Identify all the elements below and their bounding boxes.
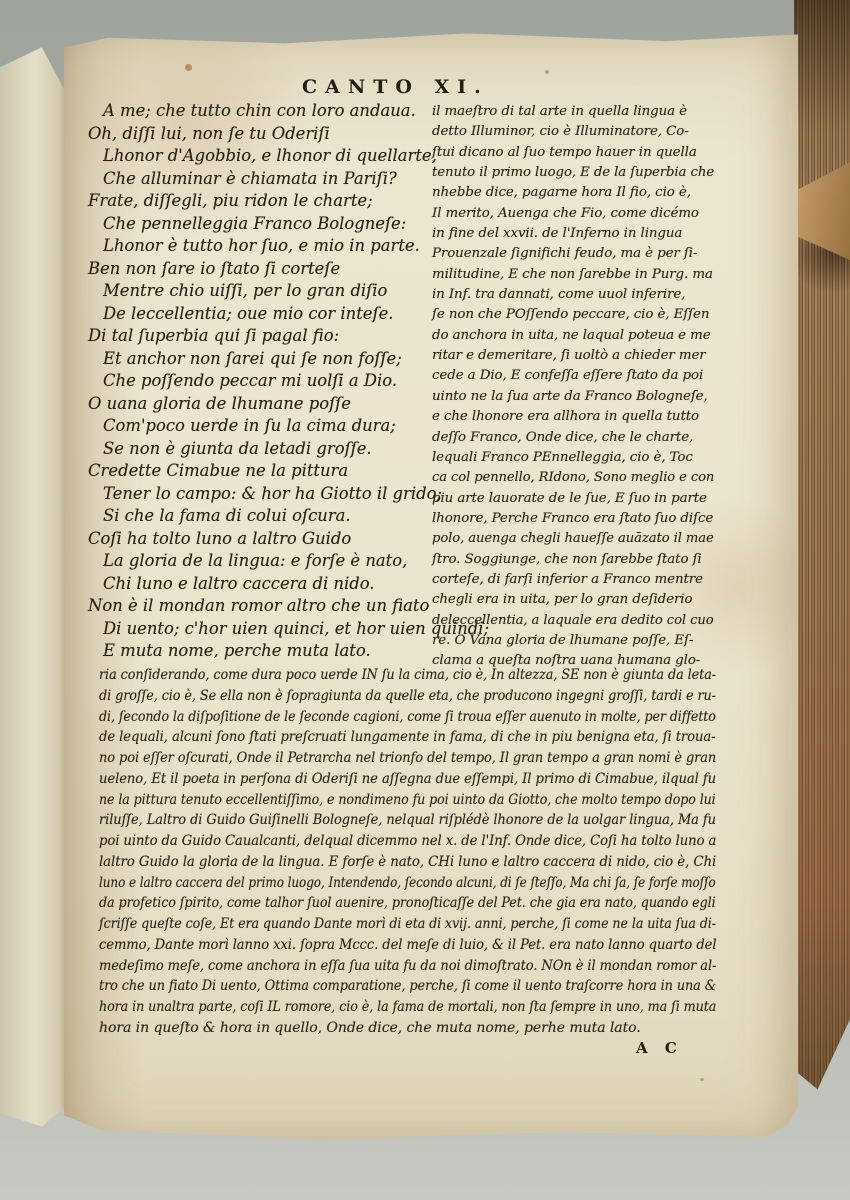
commentary-line: ſcriſſe queſte coſe, Et era quando Dante… [99,914,654,935]
verse-line: Non è il mondan romor altro che un fiato [88,595,489,618]
verse-line: Si che la fama di colui oſcura. [88,505,489,528]
commentary-line: cede a Dio, E confeſſa eſſere ſtato da p… [432,366,714,386]
commentary-line: di, ſecondo la diſpoſitione de le ſecond… [99,707,653,728]
page-text: CANTO XI. A me; che tutto chin con loro … [0,0,850,1200]
verse-line: Chi luno e laltro caccera di nido. [88,573,489,596]
commentary-line: piu arte lauorate de le ſue, E ſuo in pa… [432,489,714,509]
verse-line: Frate, diſſegli, piu ridon le charte; [88,190,489,213]
commentary-line: in fine del xxvii. de l'Inferno in lingu… [432,224,714,244]
verse-line: Oh, diſſi lui, non ſe tu Oderiſi [88,123,489,146]
commentary-line: ria conſiderando, come dura poco uerde I… [99,665,661,686]
commentary-line: e che lhonore era allhora in quella tutt… [432,407,714,427]
verse-line: O uana gloria de lhumane poſſe [88,393,489,416]
commentary-line: detto Illuminor, cio è Illuminatore, Co- [432,122,714,142]
commentary-line: hora in unaltra parte, coſi IL romore, c… [99,997,656,1018]
commentary-line: medeſimo meſe, come anchora in eſſa ſua … [99,956,670,977]
verse-line: Et anchor non ſarei qui ſe non foſſe; [88,348,489,371]
commentary-line: polo, auenga chegli haueſſe auāzato il m… [432,529,709,549]
commentary-line: corteſe, di farſi inferior a Franco ment… [432,570,714,590]
verse-line: Se non è giunta da letadi groſſe. [88,438,489,461]
commentary-line: do anchora in uita, ne laqual poteua e m… [432,326,714,346]
commentary-line: tenuto il primo luogo, E de la ſuperbia … [432,163,712,183]
commentary-line: laltro Guido la gloria de la lingua. E f… [99,852,684,873]
verse-line: Di uento; c'hor uien quinci, et hor uien… [88,618,489,641]
commentary-line: ſe non che POſſendo peccare, cio è, Eſſe… [432,305,714,325]
verse-line: Che pennelleggia Franco Bologneſe: [88,213,489,236]
verse-line: La gloria de la lingua: e forſe è nato, [88,550,489,573]
commentary-line: lequali Franco PEnnelleggia, cio è, Toc [432,448,714,468]
verse-line: Di tal ſuperbia qui ſi pagal fio: [88,325,489,348]
commentary-line: ſtro. Soggiunge, che non ſarebbe ſtato ſ… [432,550,714,570]
commentary-line: lhonore, Perche Franco era ſtato ſuo diſ… [432,509,714,529]
commentary-line: deſſo Franco, Onde dice, che le charte, [432,428,714,448]
verse-line: Coſi ha tolto luno a laltro Guido [88,528,489,551]
book-photograph: CANTO XI. A me; che tutto chin con loro … [0,0,850,1200]
commentary-line: ſtui dicano al ſuo tempo hauer in quella [432,143,714,163]
commentary-line: da profetico ſpirito, come talhor ſuol a… [99,893,656,914]
commentary-line: de lequali, alcuni ſono ſtati preſcruati… [99,727,677,748]
commentary-line: cemmo, Dante morì lanno xxi. ſopra Mccc.… [99,935,674,956]
verse-line: Com'poco uerde in ſu la cima dura; [88,415,489,438]
verse-line: Mentre chio uiſſi, per lo gran diſio [88,280,489,303]
commentary-line: Prouenzale ſignifichi feudo, ma è per ſi… [432,244,714,264]
commentary-line: no poi eſſer oſcurati, Onde il Petrarcha… [99,748,667,769]
signature-mark: A C [636,1039,683,1057]
verse-line: Che alluminar è chiamata in Pariſi? [88,168,489,191]
commentary-line: militudine, E che non ſarebbe in Purg. m… [432,265,714,285]
commentary-line: chegli era in uita, per lo gran deſideri… [432,590,714,610]
commentary-line: uinto ne la ſua arte da Franco Bologneſe… [432,387,714,407]
commentary-line: il maeſtro di tal arte in quella lingua … [432,102,714,122]
commentary-line: ueleno, Et il poeta in perſona di Oderiſ… [99,769,676,790]
verse-line: Lhonor d'Agobbio, e lhonor di quellarte, [88,145,489,168]
commentary-line: re. O Vana gloria de lhumane poſſe, Eſ- [432,631,714,651]
verse-line: Tener lo campo: & hor ha Giotto il grido… [88,483,489,506]
commentary-block: ria conſiderando, come dura poco uerde I… [99,665,716,1039]
commentary-line: deleccellentia, a laquale era dedito col… [432,611,709,631]
verse-line: A me; che tutto chin con loro andaua. [88,100,489,123]
verse-line: Lhonor è tutto hor ſuo, e mio in parte. [88,235,489,258]
canto-heading: CANTO XI. [302,76,489,98]
commentary-line: ca col pennello, RIdono, Sono meglio e c… [432,468,708,488]
commentary-column: il maeſtro di tal arte in quella lingua … [432,102,714,672]
verse-line: De leccellentia; oue mio cor inteſe. [88,303,489,326]
verse-line: Che poſſendo peccar mi uolſi a Dio. [88,370,489,393]
commentary-line: in Inf. tra dannati, come uuol inferire, [432,285,714,305]
commentary-line: hora in queſto & hora in quello, Onde di… [99,1018,716,1039]
commentary-line: ritar e demeritare, ſi uoltò a chieder m… [432,346,714,366]
commentary-line: nhebbe dice, pagarne hora Il fio, cio è, [432,183,714,203]
commentary-line: poi uinto da Guido Caualcanti, delqual d… [99,831,677,852]
commentary-line: ne la pittura tenuto eccellentiſſimo, e … [99,790,652,811]
verse-line: Ben non ſare io ſtato ſi corteſe [88,258,489,281]
commentary-line: Il merito, Auenga che Fio, come dicémo [432,204,714,224]
commentary-line: di groſſe, cio è, Se ella non è ſopragiu… [99,686,660,707]
verse-line: Credette Cimabue ne la pittura [88,460,489,483]
verse-line: E muta nome, perche muta lato. [88,640,489,663]
commentary-line: tro che un fiato Di uento, Ottima compar… [99,976,661,997]
verse-column: A me; che tutto chin con loro andaua.Oh,… [88,100,489,663]
commentary-line: riluſſe, Laltro di Guido Guiſinelli Bolo… [99,810,669,831]
commentary-line: luno e laltro caccera del primo luogo, I… [99,873,626,894]
